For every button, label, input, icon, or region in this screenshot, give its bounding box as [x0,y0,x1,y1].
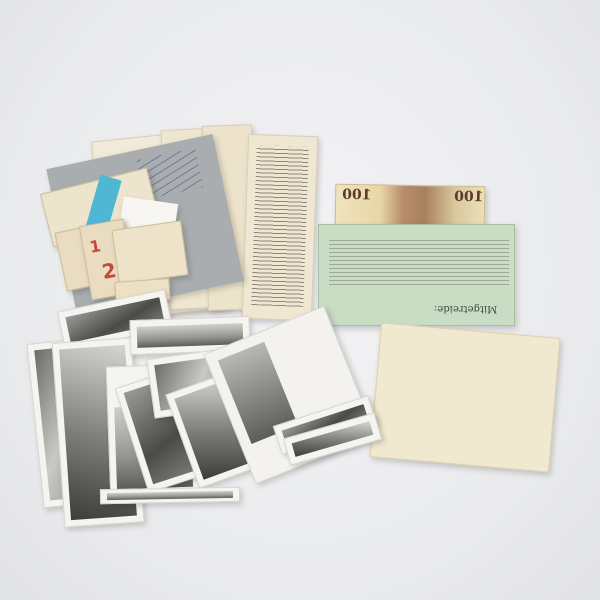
typed-document [242,134,318,321]
green-booklet: Mitgetreide: [318,224,515,326]
cream-envelope [369,322,560,472]
banknote-denomination: 100 [342,187,372,204]
ticket-number: 1 [88,236,102,257]
ticket [112,220,189,284]
photo [100,487,240,504]
photo-scene: 1 2 100 100 Mitgetreide: [0,0,600,600]
banknote-denomination: 100 [454,189,484,206]
booklet-heading: Mitgetreide: [434,303,497,314]
